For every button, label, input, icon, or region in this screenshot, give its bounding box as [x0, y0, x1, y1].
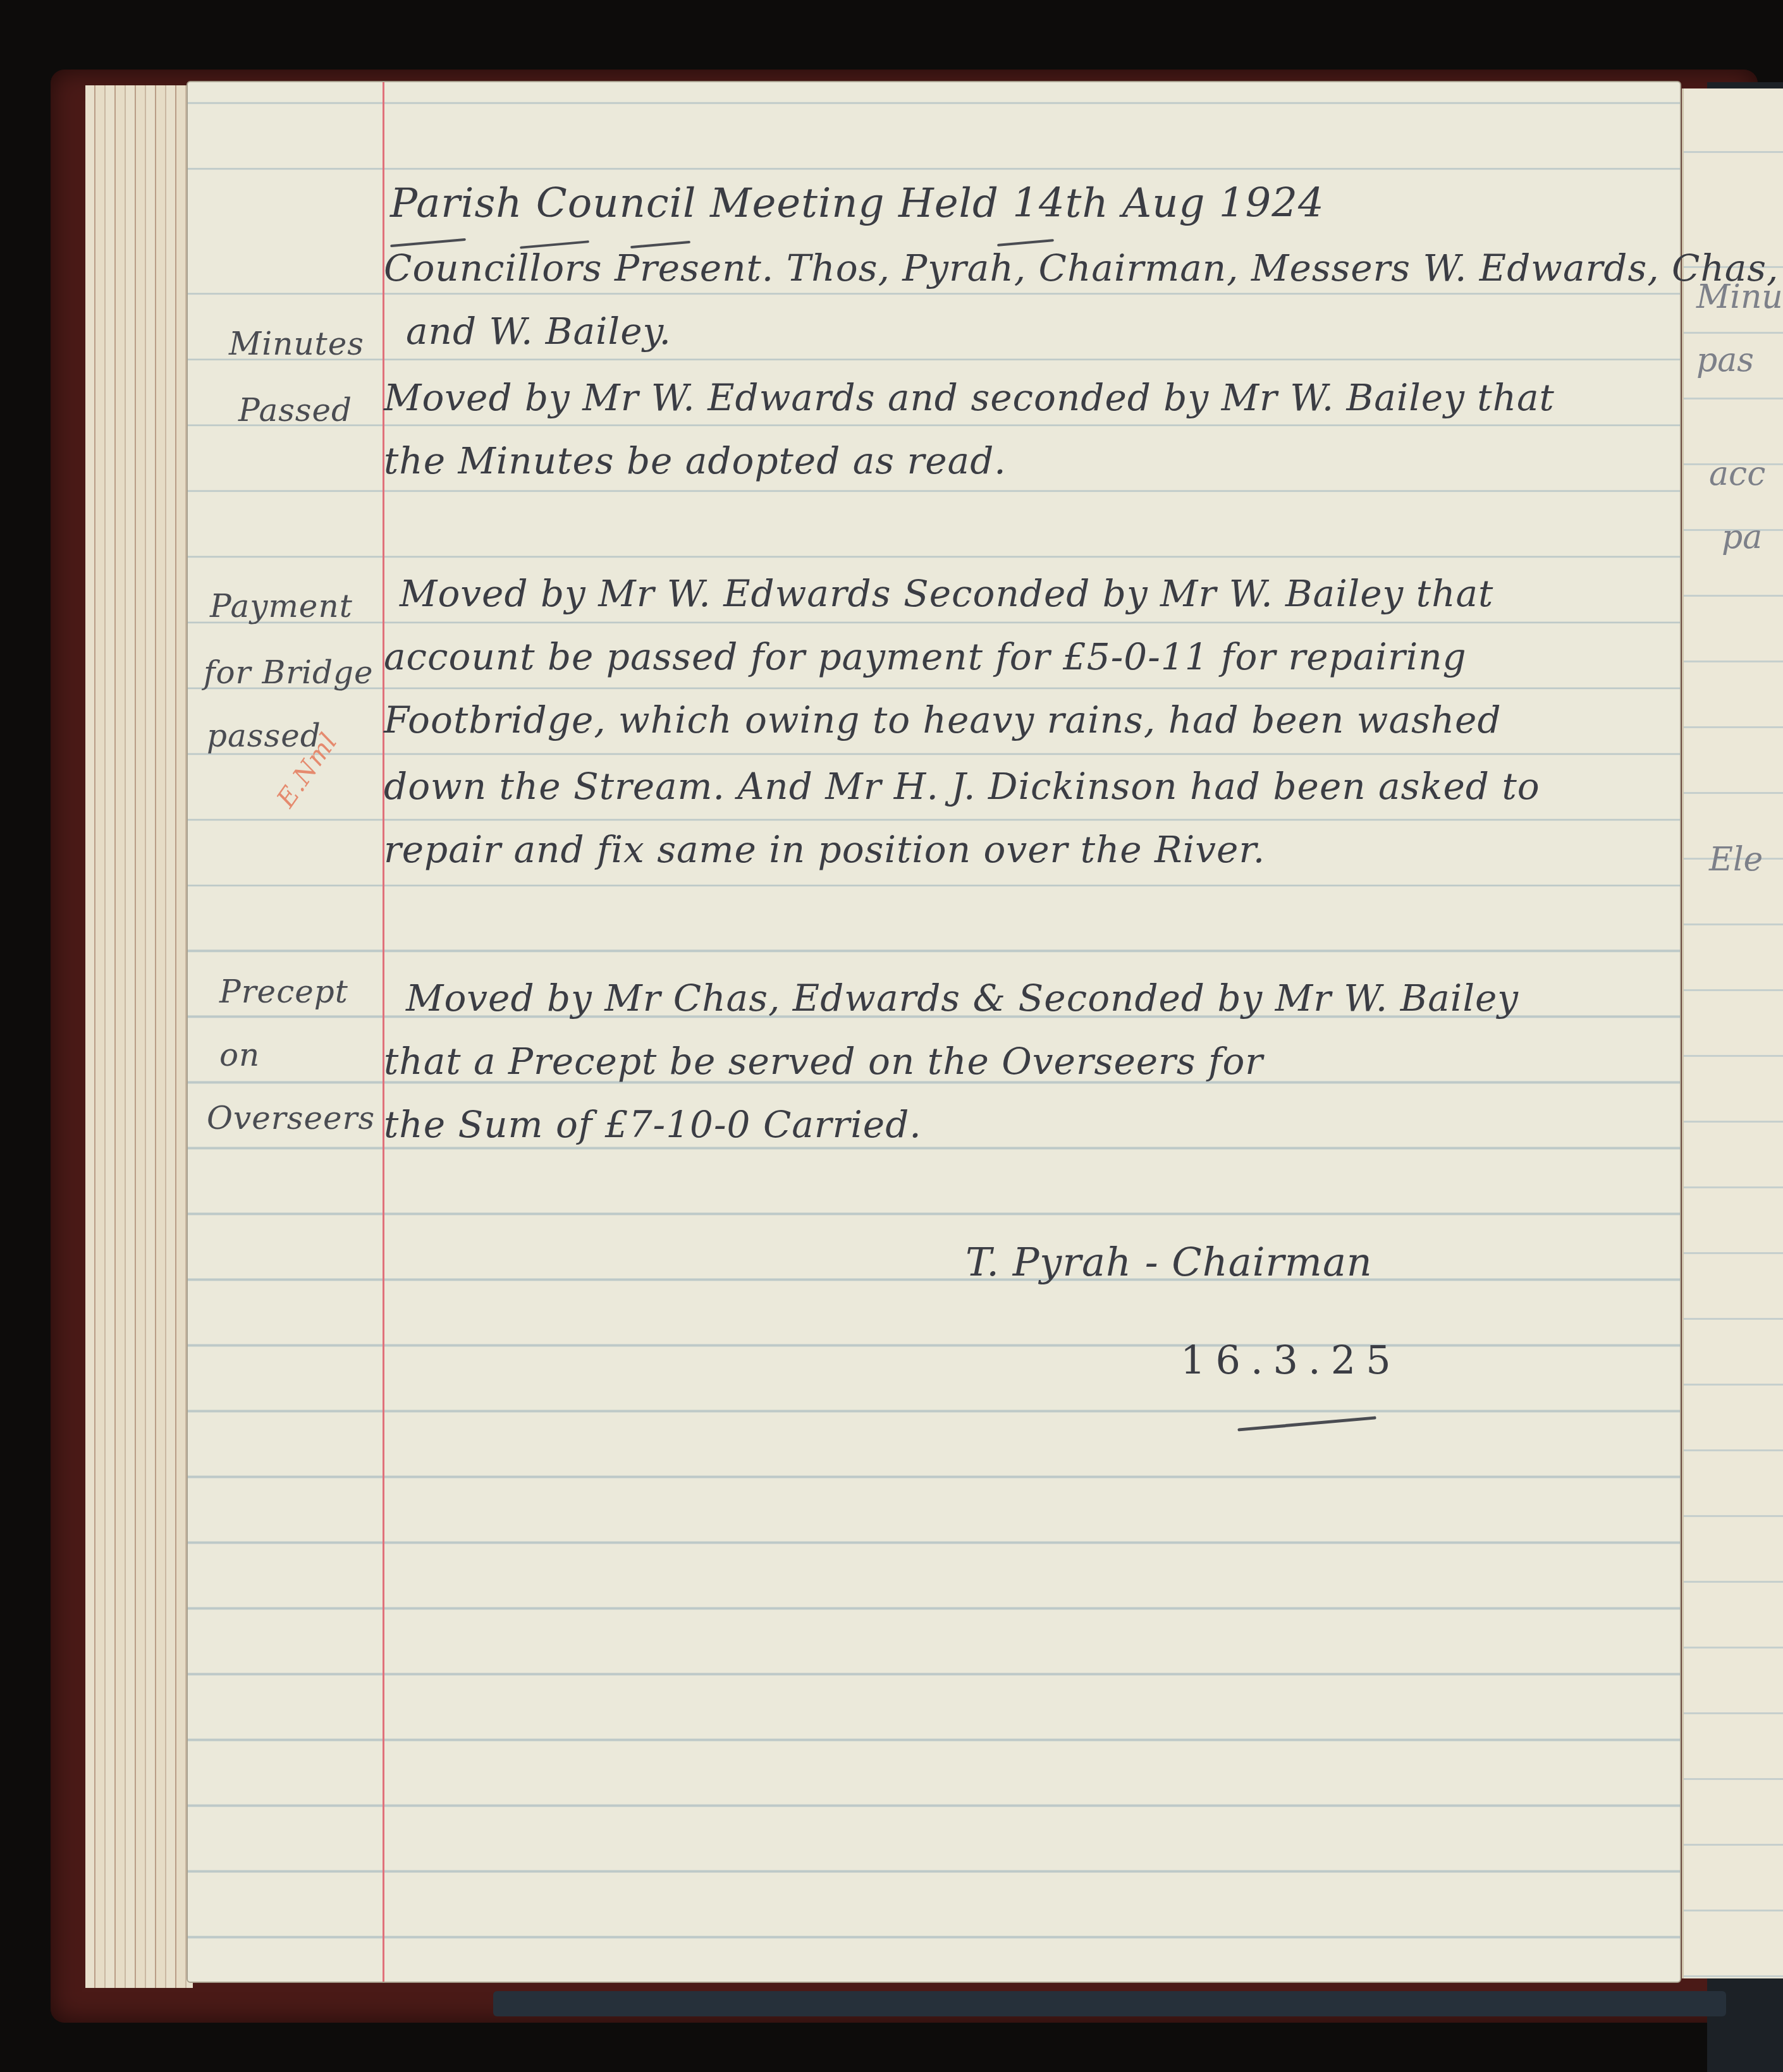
- facing-page-fragment: pas: [1696, 341, 1754, 379]
- signature-date: 16.3.25: [1180, 1337, 1401, 1383]
- margin-note-on: on: [219, 1037, 260, 1073]
- margin-note-overseers: Overseers: [207, 1100, 375, 1137]
- payment-motion-line: down the Stream. And Mr H. J. Dickinson …: [384, 765, 1540, 808]
- margin-note-precept: Precept: [219, 973, 348, 1010]
- precept-motion-line: the Sum of £7-10-0 Carried.: [384, 1103, 922, 1146]
- margin-note-for-bridge: for Bridge: [204, 654, 374, 691]
- margin-note-payment: Payment: [210, 588, 353, 625]
- red-margin-rule: [383, 82, 384, 1982]
- payment-motion-line: Moved by Mr W. Edwards Seconded by Mr W.…: [400, 572, 1493, 615]
- attendance-line: and W. Bailey.: [406, 310, 671, 353]
- facing-page-fragment: Ele: [1709, 841, 1763, 879]
- meeting-heading: Parish Council Meeting Held 14th Aug 192…: [390, 180, 1325, 227]
- precept-motion-line: Moved by Mr Chas, Edwards & Seconded by …: [406, 977, 1519, 1020]
- minutes-motion-line: the Minutes be adopted as read.: [384, 439, 1007, 482]
- facing-page-fragment: pa: [1722, 518, 1762, 556]
- signature-underline: [1237, 1416, 1376, 1431]
- payment-motion-line: account be passed for payment for £5-0-1…: [384, 635, 1467, 678]
- page-edges-stack: [85, 85, 193, 1988]
- payment-motion-line: repair and fix same in position over the…: [384, 828, 1265, 871]
- margin-note-passed: Passed: [238, 392, 352, 429]
- margin-note-minutes: Minutes: [229, 326, 364, 362]
- book-spine-edge: [493, 1991, 1726, 2016]
- facing-page-fragment: acc: [1709, 455, 1765, 493]
- heading-underline: [997, 239, 1054, 247]
- precept-motion-line: that a Precept be served on the Overseer…: [384, 1040, 1263, 1083]
- minute-book-page: Parish Council Meeting Held 14th Aug 192…: [187, 81, 1681, 1983]
- facing-page: Minu pas acc pa Ele: [1682, 88, 1783, 1978]
- chairman-signature: T. Pyrah - Chairman: [965, 1239, 1373, 1285]
- attendance-line: Councillors Present. Thos, Pyrah, Chairm…: [384, 247, 1783, 289]
- payment-motion-line: Footbridge, which owing to heavy rains, …: [384, 698, 1502, 741]
- minutes-motion-line: Moved by Mr W. Edwards and seconded by M…: [384, 376, 1555, 419]
